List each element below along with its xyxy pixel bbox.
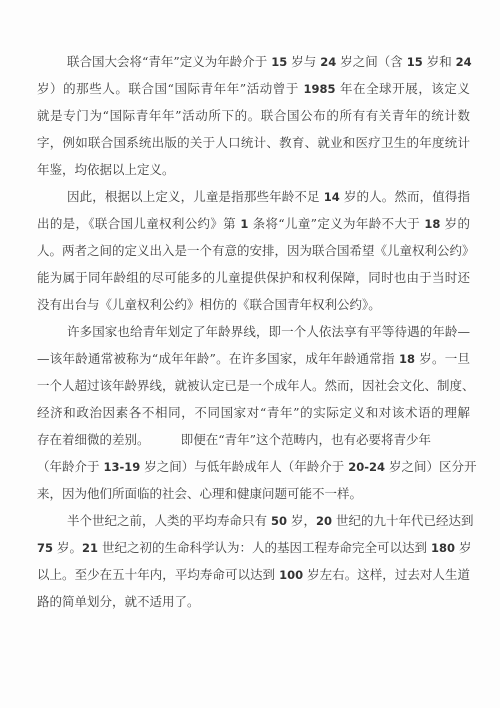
paragraph-4: 半个世纪之前，人类的平均寿命只有 50 岁，20 世纪的九十年代已经达到 75 … — [37, 507, 470, 615]
text-line: 出的是，《联合国儿童权利公约》第 1 条将“儿童”定义为年龄不大于 18 岁的 — [37, 210, 470, 237]
text-line-with-blank: 存在着细微的差别。 即便在“青年”这个范畴内，也有必要将青少年 — [37, 426, 470, 453]
text-line: 因此，根据以上定义，儿童是指那些年龄不足 14 岁的人。然而，值得指 — [37, 183, 470, 210]
text-line: （年龄介于 13-19 岁之间）与低年龄成年人（年龄介于 20-24 岁之间）区… — [37, 453, 470, 480]
text-line: 一个人超过该年龄界线，就被认定已是一个成年人。然而，因社会文化、制度、 — [37, 372, 470, 399]
text-line: 年鉴，均依据以上定义。 — [37, 156, 470, 183]
text-line: 就是专门为“国际青年年”活动所下的。联合国公布的所有有关青年的统计数 — [37, 102, 470, 129]
text-line: 人。两者之间的定义出入是一个有意的安排，因为联合国希望《儿童权利公约》 — [37, 237, 470, 264]
paragraph-2: 因此，根据以上定义，儿童是指那些年龄不足 14 岁的人。然而，值得指 出的是，《… — [37, 183, 470, 318]
document-page: 联合国大会将“青年”定义为年龄介于 15 岁与 24 岁之间（含 15 岁和 2… — [0, 0, 500, 708]
text-line: 半个世纪之前，人类的平均寿命只有 50 岁，20 世纪的九十年代已经达到 — [37, 507, 470, 534]
text-line: 能为属于同年龄组的尽可能多的儿童提供保护和权利保障，同时也由于当时还 — [37, 264, 470, 291]
text-line: 岁）的那些人。联合国“国际青年年”活动曾于 1985 年在全球开展，该定义 — [37, 75, 470, 102]
text-line: 路的简单划分，就不适用了。 — [37, 588, 470, 615]
text-line: 没有出台与《儿童权利公约》相仿的《联合国青年权利公约》。 — [37, 291, 470, 318]
paragraph-3: 许多国家也给青年划定了年龄界线，即一个人依法享有平等待遇的年龄— —该年龄通常被… — [37, 318, 470, 507]
text-line: 许多国家也给青年划定了年龄界线，即一个人依法享有平等待遇的年龄— — [37, 318, 470, 345]
text-line: —该年龄通常被称为“成年年龄”。在许多国家，成年年龄通常指 18 岁。一旦 — [37, 345, 470, 372]
text-line: 经济和政治因素各不相同，不同国家对“青年”的实际定义和对该术语的理解 — [37, 399, 470, 426]
text-line: 75 岁。21 世纪之初的生命科学认为：人的基因工程寿命完全可以达到 180 岁 — [37, 534, 470, 561]
paragraph-1: 联合国大会将“青年”定义为年龄介于 15 岁与 24 岁之间（含 15 岁和 2… — [37, 48, 470, 183]
text-line: 字，例如联合国系统出版的关于人口统计、教育、就业和医疗卫生的年度统计 — [37, 129, 470, 156]
text-line: 以上。至少在五十年内，平均寿命可以达到 100 岁左右。这样，过去对人生道 — [37, 561, 470, 588]
text-block: 联合国大会将“青年”定义为年龄介于 15 岁与 24 岁之间（含 15 岁和 2… — [37, 48, 470, 615]
text-line: 来，因为他们所面临的社会、心理和健康问题可能不一样。 — [37, 480, 470, 507]
text-line: 联合国大会将“青年”定义为年龄介于 15 岁与 24 岁之间（含 15 岁和 2… — [37, 48, 470, 75]
